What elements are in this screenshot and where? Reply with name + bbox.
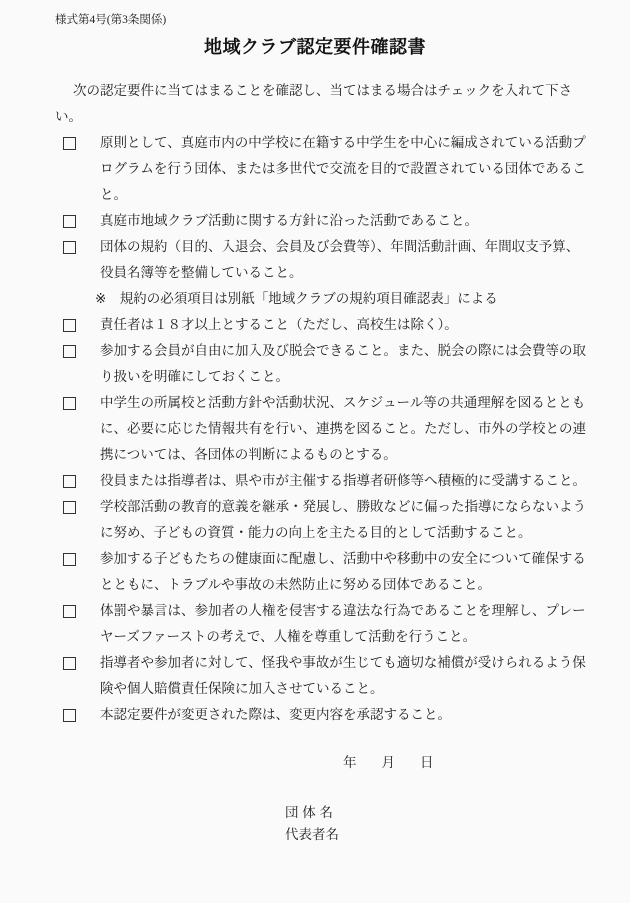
representative-name-label: 代表者名 (285, 824, 630, 846)
checklist-item: 役員または指導者は、県や市が主催する指導者研修等へ積極的に受講すること。 (55, 468, 592, 494)
checkbox-unchecked-icon[interactable] (63, 553, 76, 566)
checkbox-unchecked-icon[interactable] (63, 501, 76, 514)
date-year-label: 年 (343, 750, 357, 776)
checkbox-unchecked-icon[interactable] (63, 319, 76, 332)
checklist-item: 参加する子どもたちの健康面に配慮し、活動中や移動中の安全について確保する ととも… (55, 546, 592, 598)
checklist-item: 原則として、真庭市内の中学校に在籍する中学生を中心に編成されている活動プ ログラ… (55, 130, 592, 208)
checklist-item-text: 指導者や参加者に対して、怪我や事故が生じても適切な補償が受けられるよう保 険や個… (100, 650, 592, 702)
checklist-item-text: 原則として、真庭市内の中学校に在籍する中学生を中心に編成されている活動プ ログラ… (100, 130, 592, 208)
checklist: 原則として、真庭市内の中学校に在籍する中学生を中心に編成されている活動プ ログラ… (55, 130, 592, 728)
checkbox-unchecked-icon[interactable] (63, 605, 76, 618)
checklist-item-text: 真庭市地域クラブ活動に関する方針に沿った活動であること。 (100, 208, 592, 234)
checklist-item-text: 参加する会員が自由に加入及び脱会できること。また、脱会の際には会費等の取 り扱い… (100, 338, 592, 390)
checklist-item: 参加する会員が自由に加入及び脱会できること。また、脱会の際には会費等の取 り扱い… (55, 338, 592, 390)
page-title: 地域クラブ認定要件確認書 (0, 36, 630, 58)
checkbox-unchecked-icon[interactable] (63, 137, 76, 150)
intro-paragraph: 次の認定要件に当てはまることを確認し、当てはまる場合はチェックを入れて下さ い。 (55, 78, 580, 130)
checkbox-unchecked-icon[interactable] (63, 345, 76, 358)
checklist-item-text: 本認定要件が変更された際は、変更内容を承認すること。 (100, 702, 592, 728)
checklist-item-text: 体罰や暴言は、参加者の人権を侵害する違法な行為であることを理解し、プレー ヤーズ… (100, 598, 592, 650)
checklist-item: 団体の規約（目的、入退会、会員及び会費等）、年間活動計画、年間収支予算、 役員名… (55, 234, 592, 312)
checkbox-unchecked-icon[interactable] (63, 215, 76, 228)
checklist-item: 体罰や暴言は、参加者の人権を侵害する違法な行為であることを理解し、プレー ヤーズ… (55, 598, 592, 650)
checklist-item-text: 中学生の所属校と活動方針や活動状況、スケジュール等の共通理解を図るととも に、必… (100, 390, 592, 468)
checkbox-unchecked-icon[interactable] (63, 709, 76, 722)
checklist-item-text: 役員または指導者は、県や市が主催する指導者研修等へ積極的に受講すること。 (100, 468, 592, 494)
checkbox-unchecked-icon[interactable] (63, 475, 76, 488)
checklist-item-text: 責任者は１８才以上とすること（ただし、高校生は除く）。 (100, 312, 592, 338)
checkbox-unchecked-icon[interactable] (63, 657, 76, 670)
date-day-label: 日 (420, 750, 434, 776)
form-number: 様式第4号(第3条関係) (55, 0, 630, 28)
checklist-item: 指導者や参加者に対して、怪我や事故が生じても適切な補償が受けられるよう保 険や個… (55, 650, 592, 702)
checklist-item: 中学生の所属校と活動方針や活動状況、スケジュール等の共通理解を図るととも に、必… (55, 390, 592, 468)
checklist-item-text: 参加する子どもたちの健康面に配慮し、活動中や移動中の安全について確保する ととも… (100, 546, 592, 598)
organization-name-label: 団 体 名 (285, 802, 630, 824)
checklist-item: 本認定要件が変更された際は、変更内容を承認すること。 (55, 702, 592, 728)
checklist-item-note: ※ 規約の必須項目は別紙「地域クラブの規約項目確認表」による (95, 286, 592, 312)
checkbox-unchecked-icon[interactable] (63, 241, 76, 254)
checklist-item: 責任者は１８才以上とすること（ただし、高校生は除く）。 (55, 312, 592, 338)
date-line: 年 月 日 (343, 750, 630, 776)
checklist-item-text: 団体の規約（目的、入退会、会員及び会費等）、年間活動計画、年間収支予算、 役員名… (100, 234, 592, 286)
checkbox-unchecked-icon[interactable] (63, 397, 76, 410)
checklist-item-text: 学校部活動の教育的意義を継承・発展し、勝敗などに偏った指導にならないよう に努め… (100, 494, 592, 546)
checklist-item: 真庭市地域クラブ活動に関する方針に沿った活動であること。 (55, 208, 592, 234)
checklist-item: 学校部活動の教育的意義を継承・発展し、勝敗などに偏った指導にならないよう に努め… (55, 494, 592, 546)
document-page: 様式第4号(第3条関係) 地域クラブ認定要件確認書 次の認定要件に当てはまること… (0, 0, 630, 903)
date-month-label: 月 (382, 750, 396, 776)
